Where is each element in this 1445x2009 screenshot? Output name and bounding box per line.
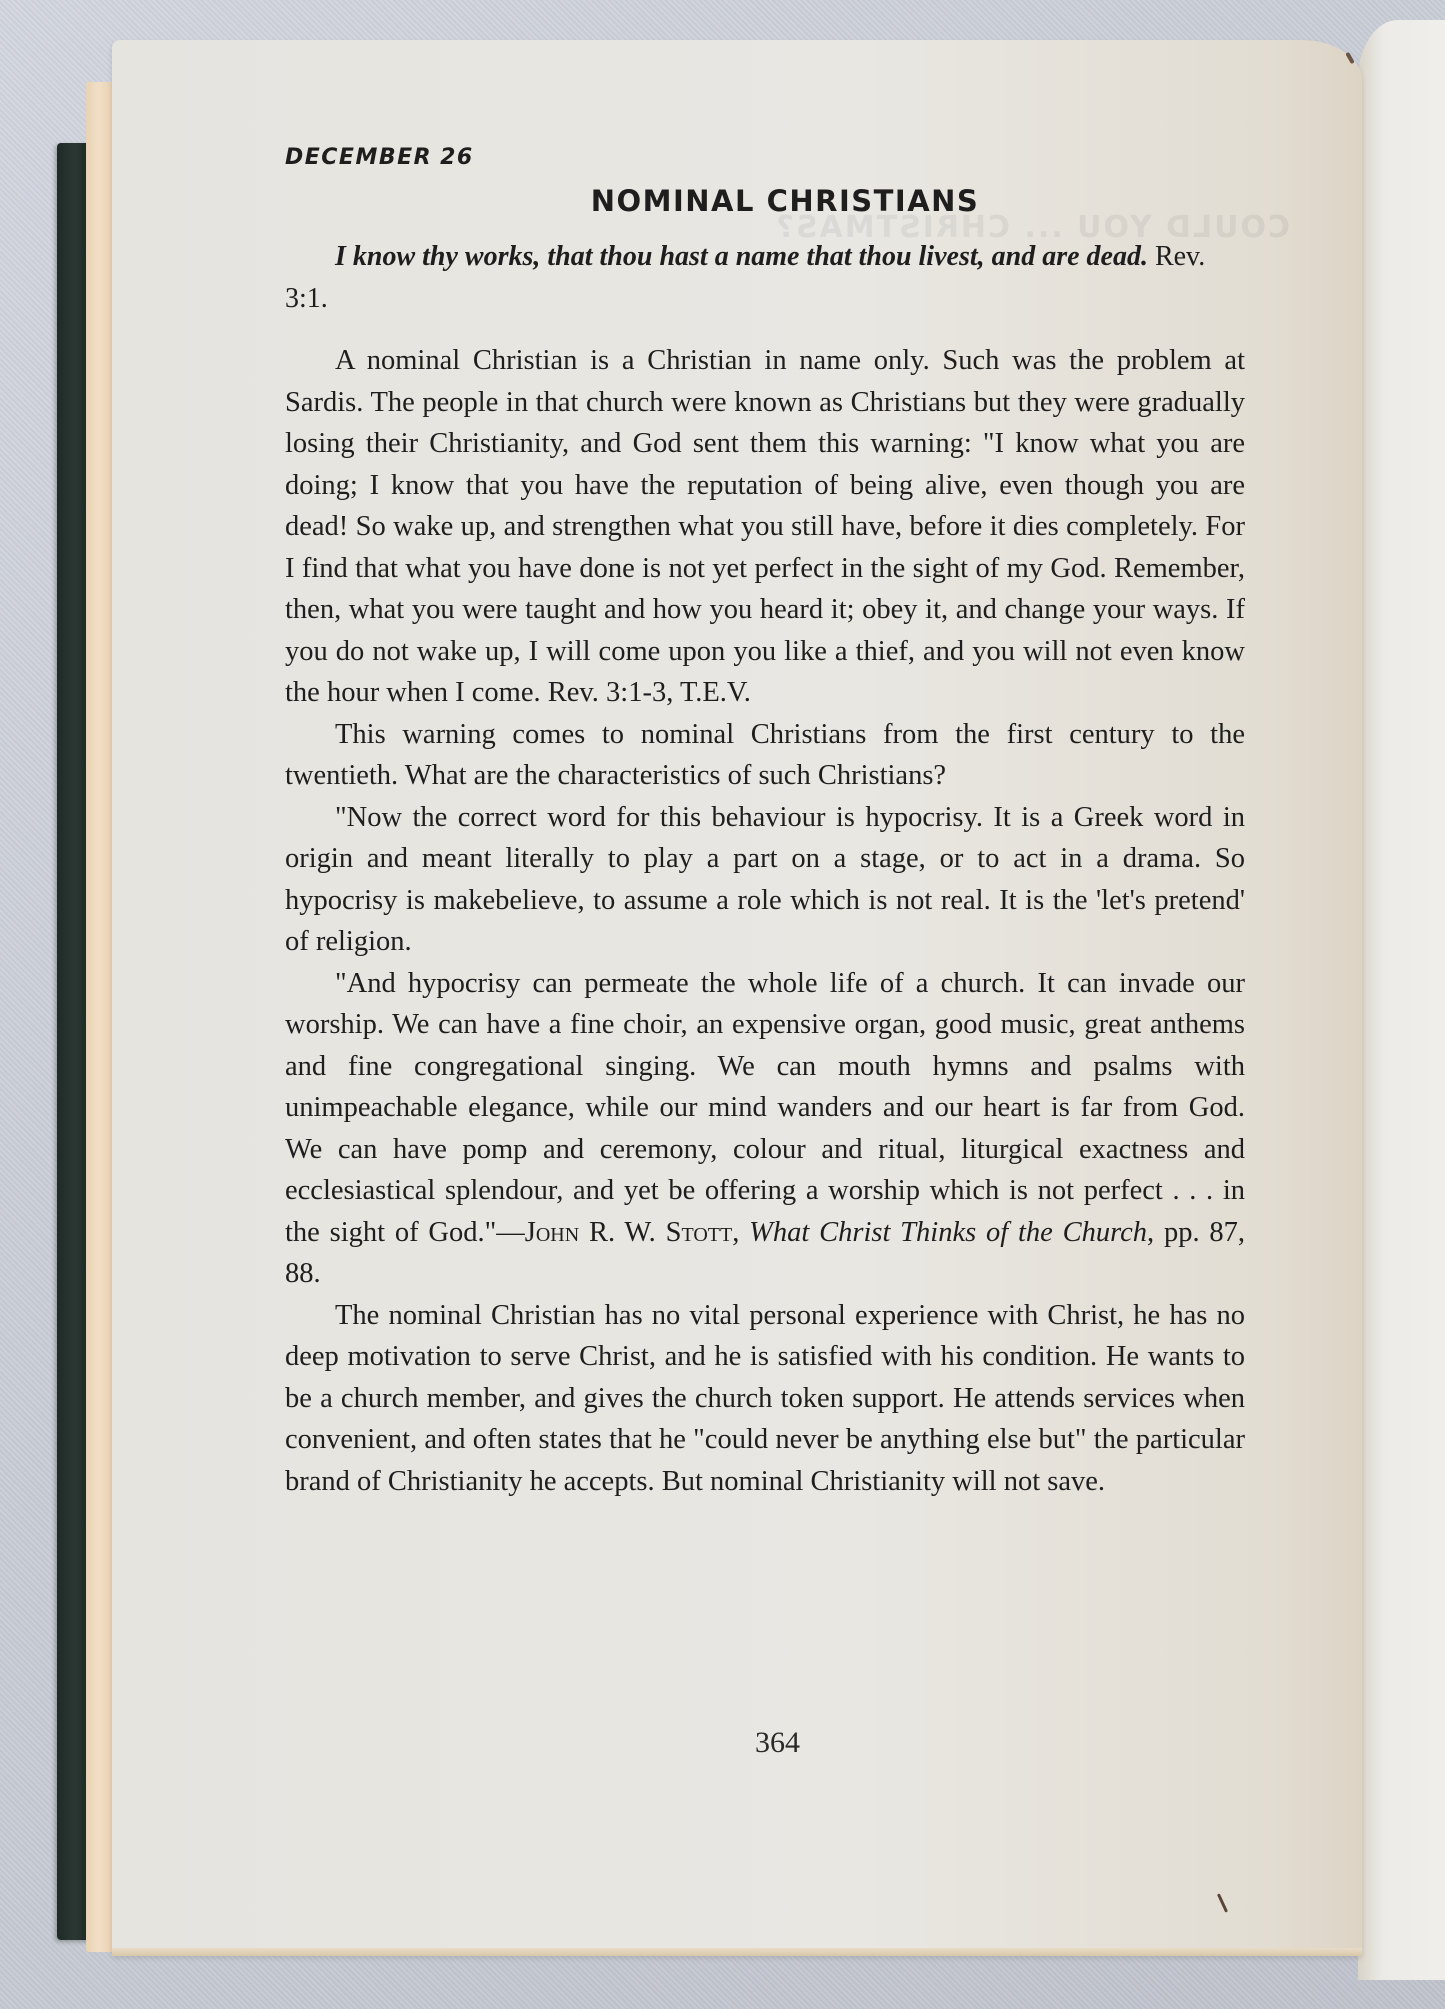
citation-author: John R. W. Stott [525, 1217, 732, 1248]
date-header: DECEMBER26 [285, 145, 1245, 170]
paragraph: "Now the correct word for this behaviour… [285, 797, 1245, 963]
page-bottom-edge [112, 1948, 1362, 1956]
body-text: A nominal Christian is a Christian in na… [285, 340, 1245, 1502]
date-day: 26 [440, 145, 474, 170]
paragraph: A nominal Christian is a Christian in na… [285, 340, 1245, 714]
paragraph-with-citation: "And hypocrisy can permeate the whole li… [285, 963, 1245, 1295]
quote-text: "And hypocrisy can permeate the whole li… [285, 968, 1245, 1248]
paragraph: The nominal Christian has no vital perso… [285, 1295, 1245, 1503]
epigraph: I know thy works, that thou hast a name … [285, 236, 1245, 320]
page-number: 364 [755, 1726, 800, 1760]
page-content: DECEMBER26 NOMINAL CHRISTIANS I know thy… [285, 145, 1245, 1502]
citation-title: What Christ Thinks of the Church [749, 1217, 1147, 1248]
date-month: DECEMBER [285, 145, 432, 170]
paragraph: This warning comes to nominal Christians… [285, 714, 1245, 797]
epigraph-verse: I know thy works, that thou hast a name … [335, 241, 1148, 272]
facing-page-edge [1358, 20, 1445, 1980]
page-title: NOMINAL CHRISTIANS [285, 184, 1245, 218]
citation-separator: , [732, 1217, 749, 1248]
